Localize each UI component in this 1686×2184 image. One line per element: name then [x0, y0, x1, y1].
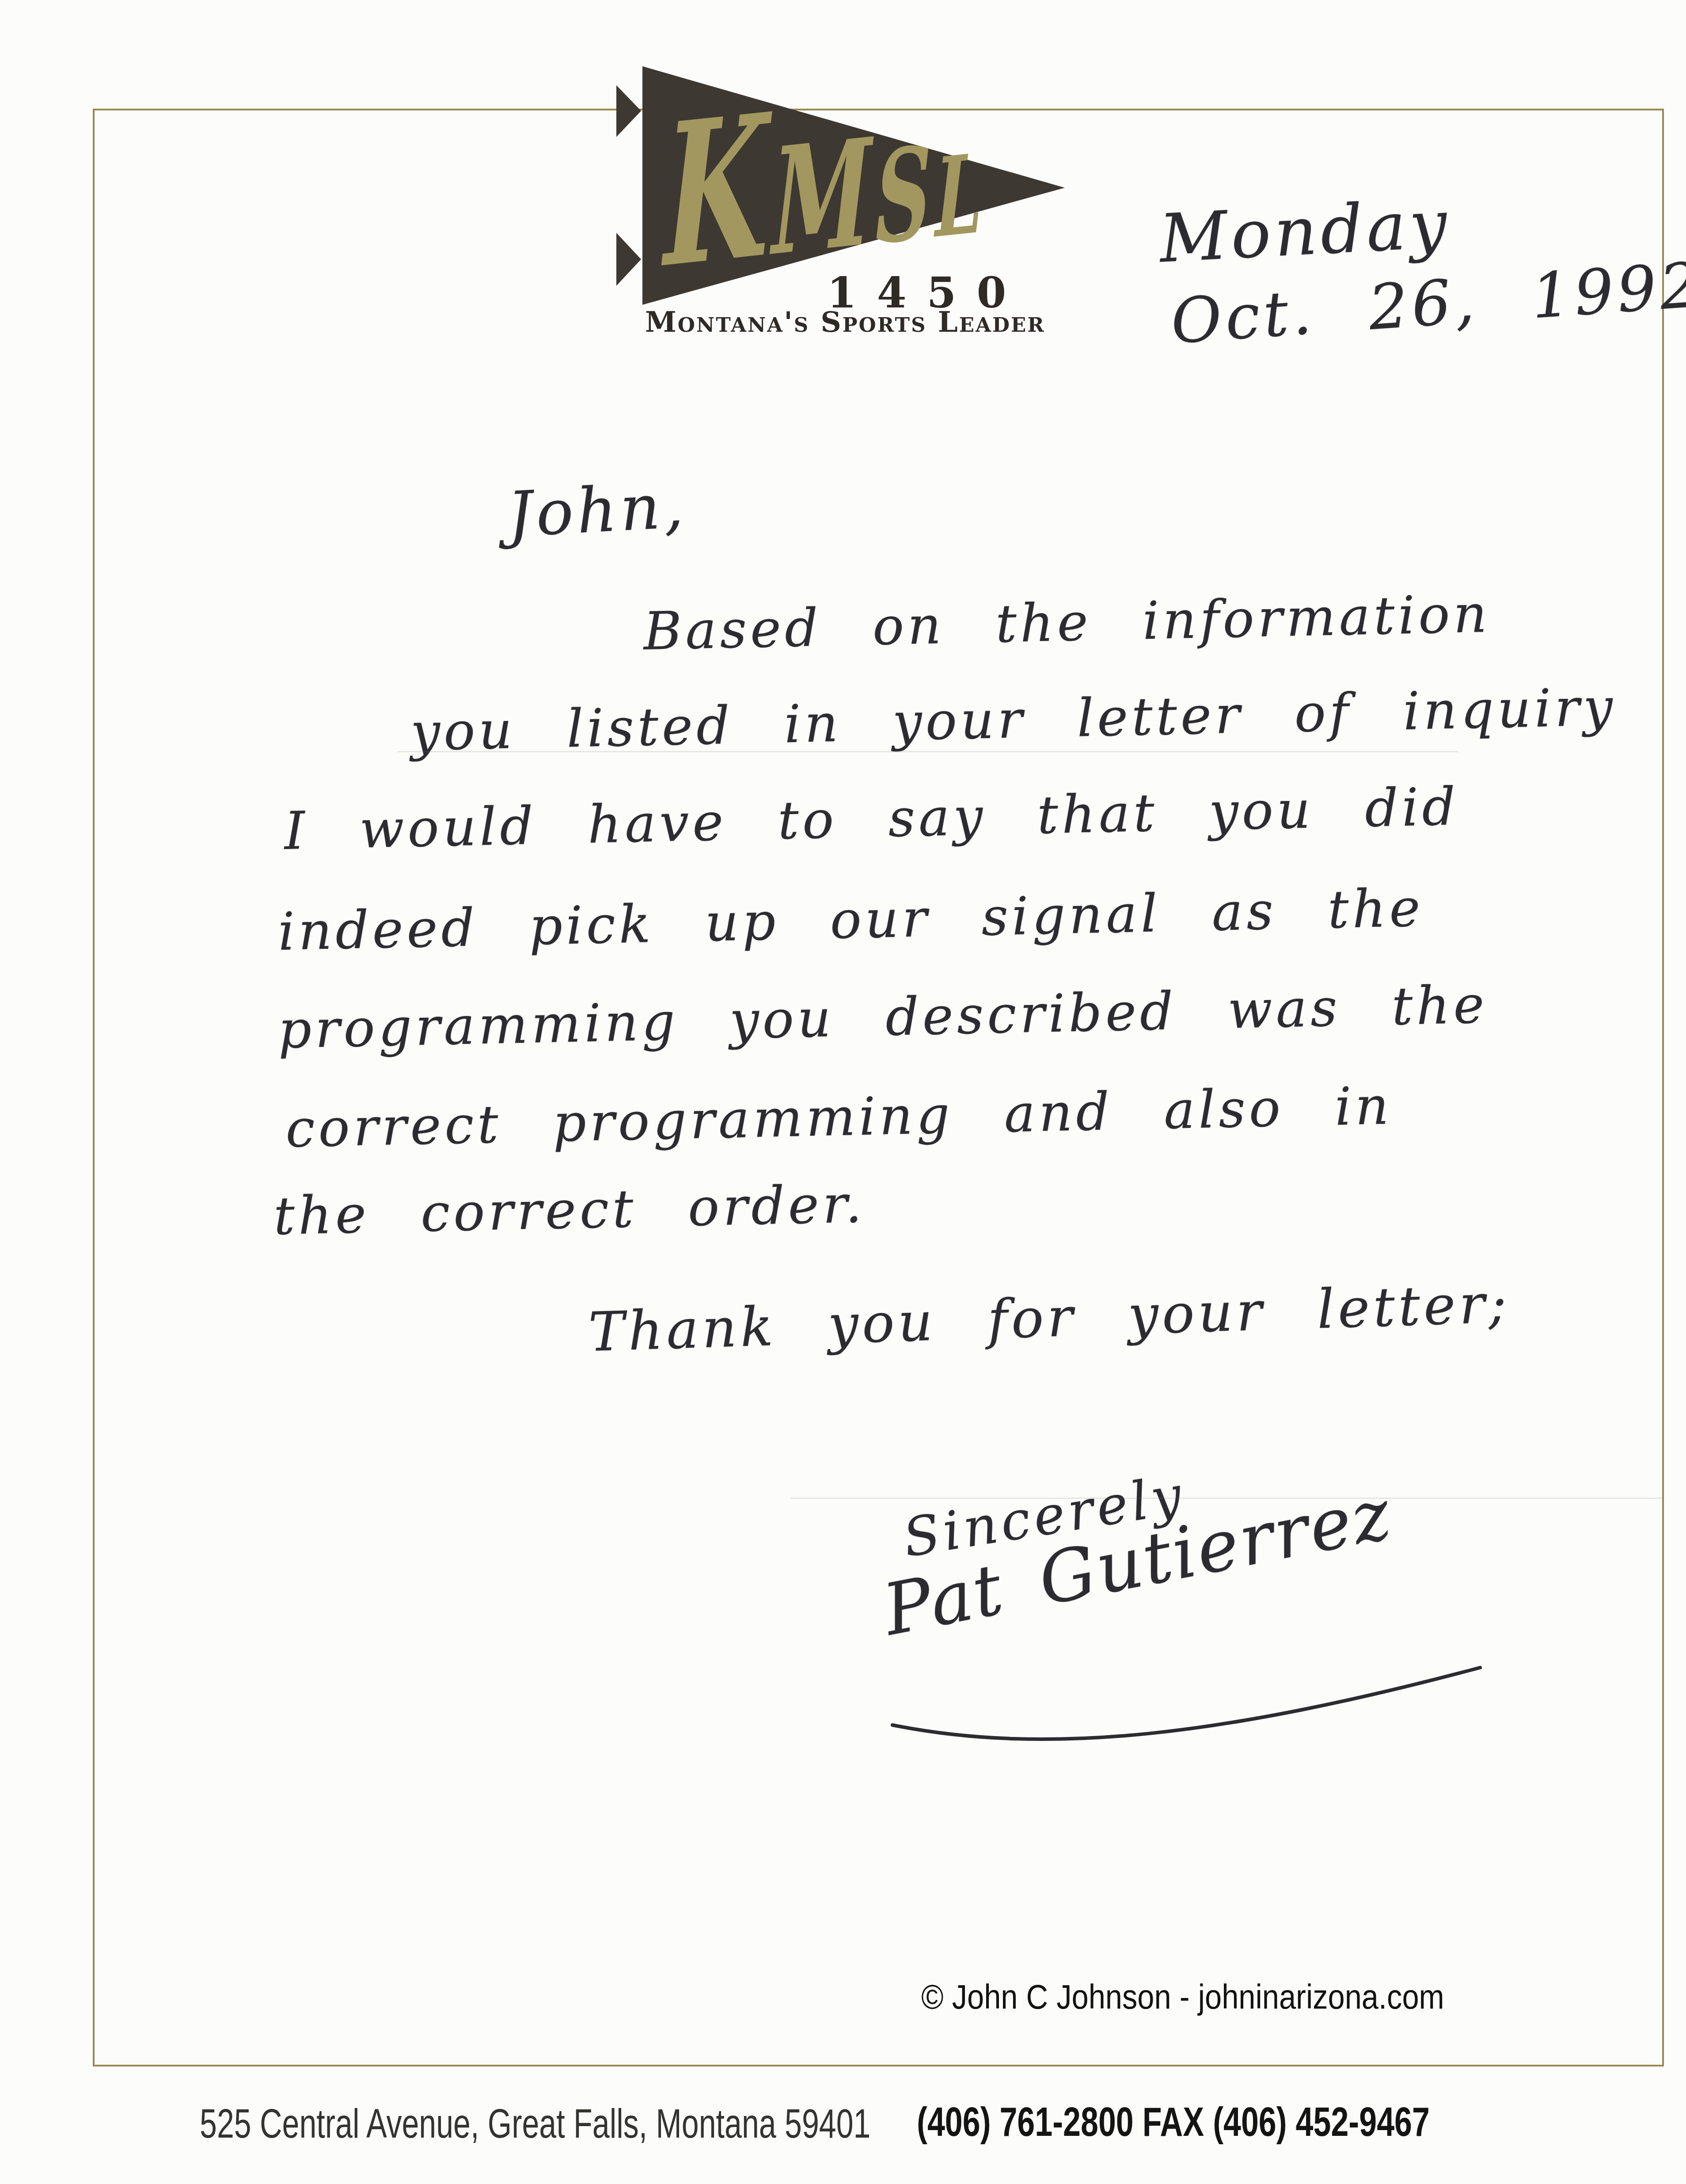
- scanned-letter-page: KMSL 1450 Montana's Sports Leader Monday…: [0, 0, 1686, 2184]
- station-tagline: Montana's Sports Leader: [645, 306, 1045, 339]
- signature-flourish-icon: [862, 1630, 1502, 1763]
- body-line: the correct order.: [273, 1173, 866, 1247]
- scan-artifact-line: [791, 1498, 1663, 1499]
- footer-phone: (406) 761-2800 FAX (406) 452-9467: [917, 2099, 1430, 2146]
- footer-address: 525 Central Avenue, Great Falls, Montana…: [200, 2101, 871, 2147]
- handwritten-date-day: Monday: [1158, 186, 1452, 278]
- salutation: John,: [506, 470, 688, 551]
- pennant-bottom-tab-icon: [616, 233, 641, 286]
- copyright-watermark: © John C Johnson - johninarizona.com: [921, 1977, 1444, 2017]
- pennant-top-tab-icon: [616, 85, 641, 137]
- scan-artifact-line: [398, 751, 1458, 752]
